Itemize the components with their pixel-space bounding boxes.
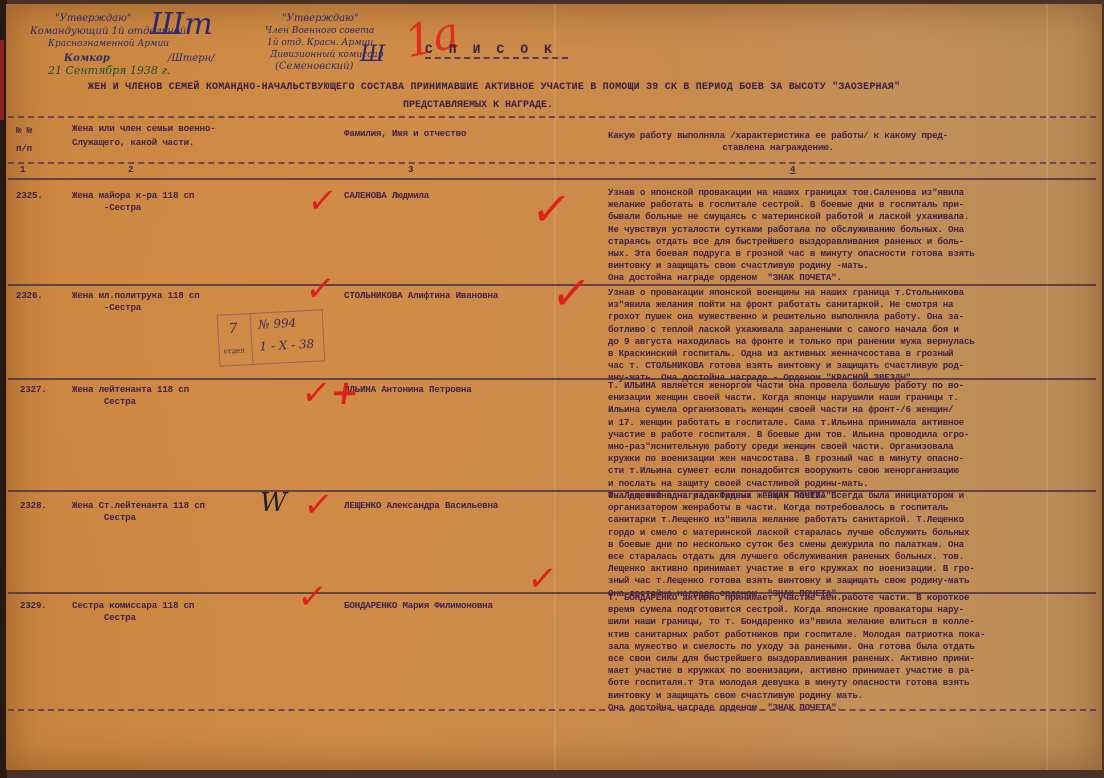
page-title: СПИСОК (425, 42, 568, 59)
subtitle-line1: ЖЕН И ЧЛЕНОВ СЕМЕЙ КОМАНДНО-НАЧАЛЬСТВУЮЩ… (88, 82, 900, 93)
red-check-plus-icon: ✓+ (300, 376, 362, 410)
stamp-date: 1 - Х - 38 (259, 337, 314, 354)
approval-date: 21 Сентября 1938 г. (48, 64, 170, 77)
red-check-icon: ✓ (529, 186, 574, 232)
row-num: 2325. (16, 190, 43, 202)
column-number-2: 2 (128, 164, 133, 176)
row-name: БОНДАРЕНКО Мария Филимоновна (344, 600, 493, 612)
row-name: СТОЛЬНИКОВА Алифтина Ивановна (344, 290, 498, 302)
row-relation: Жена лейтенанта 118 сп Сестра (72, 384, 189, 408)
row-relation: Жена мл.политрука 118 сп -Сестра (72, 290, 200, 314)
row-num: 2328. (20, 500, 47, 512)
row-description: Узнав о японской провакации на наших гра… (608, 187, 975, 285)
row-num: 2327. (20, 384, 47, 396)
table-rule (8, 162, 1096, 164)
red-check-icon: ✓ (306, 184, 339, 218)
subtitle-line2: ПРЕДСТАВЛЯЕМЫХ К НАГРАДЕ. (403, 100, 553, 111)
column-number-4: 4 (790, 164, 795, 176)
row-num: 2326. (16, 290, 43, 302)
row-name: ЛЕЩЕНКО Александра Васильевна (344, 500, 498, 512)
header-relation: Жена или член семьи военно- Служащего, к… (72, 122, 215, 150)
signature-stern: Шт (150, 8, 213, 42)
column-number-3: 3 (408, 164, 413, 176)
approval-left-signature-name: /Штерн/ (168, 52, 215, 65)
row-relation: Жена Ст.лейтенанта 118 сп Сестра (72, 500, 205, 524)
row-num: 2329. (20, 600, 47, 612)
row-relation: Сестра комиссара 118 сп Сестра (72, 600, 194, 624)
row-description: Т. БОНДАРЕНКО активно принимает участие … (608, 592, 985, 714)
header-description: Какую работу выполняла /характеристика е… (608, 130, 948, 154)
red-check-icon: ✓ (302, 488, 335, 522)
table-rule (8, 178, 1096, 180)
red-check-icon: ✓ (304, 272, 337, 306)
approval-left-line1: "Утверждаю" (55, 12, 132, 25)
pencil-w-mark: W (260, 488, 287, 518)
paper-fold (554, 4, 556, 770)
approval-right-line1: "Утверждаю" (282, 12, 359, 25)
header-num: № № п/п (16, 122, 32, 158)
signature-semenovsky: Ш (360, 48, 385, 61)
table-rule (8, 116, 1096, 118)
red-check-icon: ✓ (549, 270, 594, 316)
header-name: Фамилия, Имя и отчество (344, 128, 466, 140)
column-number-1: 1 (20, 164, 25, 176)
row-description: Т. ИЛЬИНА является женоргом части она пр… (608, 380, 969, 502)
red-check-icon: ✓ (526, 562, 559, 596)
row-relation: Жена майора к-ра 118 сп -Сестра (72, 190, 194, 214)
stamp-dept-label: отдел (223, 346, 244, 355)
row-name: ИЛЬИНА Антонина Петровна (344, 384, 472, 396)
approval-right-signature-name: (Семеновский) (275, 60, 353, 73)
table-bottom-rule (8, 709, 1096, 711)
paper-fold (1046, 4, 1048, 770)
row-description: Т. Лещенко одна из активных женщин части… (608, 490, 975, 600)
stamp-dept-number: 7 (228, 321, 238, 337)
registration-stamp: 7 отдел № 994 1 - Х - 38 (217, 309, 326, 366)
stamp-number: № 994 (258, 316, 297, 332)
row-name: САЛЕНОВА Людмила (344, 190, 429, 202)
row-description: Узнав о провакации японской военщины на … (608, 287, 975, 385)
red-check-icon: ✓ (296, 580, 329, 614)
